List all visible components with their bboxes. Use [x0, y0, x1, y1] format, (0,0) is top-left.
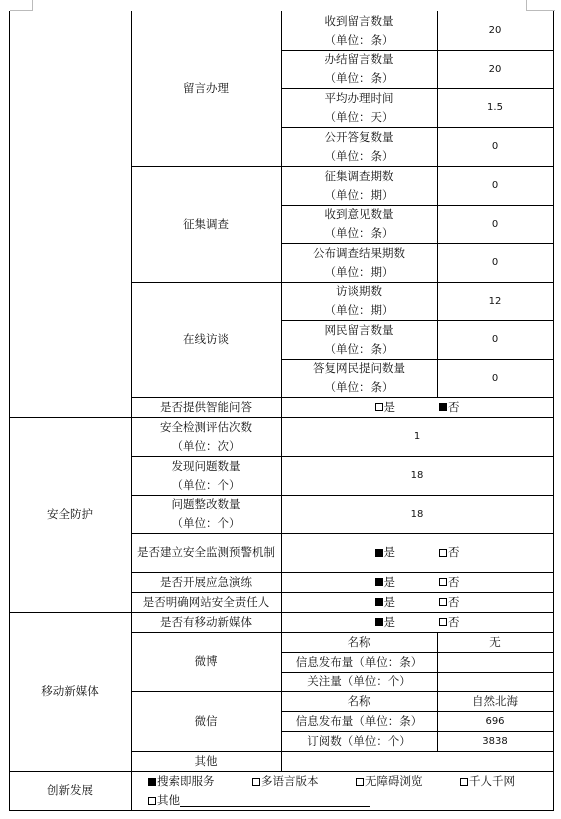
checkbox-unchecked-icon[interactable] — [439, 549, 447, 557]
other-media-value — [281, 751, 553, 771]
metric-label: 收到留言数量 （单位：条） — [281, 11, 437, 50]
weibo-field-value — [437, 672, 553, 691]
metric-label: 答复网民提问数量 （单位：条） — [281, 359, 437, 397]
innovation-option-personalized[interactable]: 千人千网 — [460, 772, 540, 791]
metric-unit: （单位：个） — [172, 476, 241, 495]
has-mobile-media-label: 是否有移动新媒体 — [131, 612, 281, 632]
has-mobile-media-options: 是 否 — [281, 612, 553, 632]
metric-name: 平均办理时间 — [325, 89, 394, 108]
metric-value: 0 — [437, 359, 553, 397]
section-label-innovation: 创新发展 — [9, 771, 131, 810]
monitoring-yes-option[interactable]: 是 — [375, 543, 396, 562]
checkbox-unchecked-icon[interactable] — [375, 403, 383, 411]
metric-unit: （单位：条） — [325, 31, 394, 50]
wechat-field-value: 696 — [437, 711, 553, 731]
checkbox-checked-icon[interactable] — [375, 618, 383, 626]
section-label-mobile-media: 移动新媒体 — [9, 612, 131, 771]
metric-value: 1.5 — [437, 88, 553, 127]
metric-unit: （单位：条） — [325, 224, 394, 243]
checkbox-unchecked-icon[interactable] — [460, 778, 468, 786]
innovation-option-multilingual[interactable]: 多语言版本 — [252, 772, 356, 791]
smart-qa-yes-option[interactable]: 是 — [375, 398, 396, 417]
metric-value: 0 — [437, 320, 553, 359]
other-media-label: 其他 — [131, 751, 281, 771]
metric-value: 0 — [437, 243, 553, 282]
innovation-option-accessibility[interactable]: 无障碍浏览 — [356, 772, 460, 791]
metric-name: 访谈期数 — [336, 282, 382, 301]
checkbox-checked-icon[interactable] — [375, 578, 383, 586]
checkbox-unchecked-icon[interactable] — [439, 598, 447, 606]
metric-value: 20 — [437, 50, 553, 88]
metric-name: 收到留言数量 — [325, 12, 394, 31]
weibo-label: 微博 — [131, 632, 281, 691]
metric-label: 公开答复数量 （单位：条） — [281, 127, 437, 166]
metric-value: 1 — [281, 417, 553, 456]
emergency-drill-label: 是否开展应急演练 — [131, 572, 281, 592]
weibo-field-label: 关注量（单位：个） — [281, 672, 437, 691]
metric-value: 0 — [437, 166, 553, 205]
metric-name: 发现问题数量 — [172, 457, 241, 476]
metric-label: 办结留言数量 （单位：条） — [281, 50, 437, 88]
weibo-field-label: 信息发布量（单位：条） — [281, 652, 437, 672]
monitoring-mechanism-options: 是 否 — [281, 533, 553, 572]
checkbox-checked-icon[interactable] — [375, 549, 383, 557]
metric-label: 访谈期数 （单位：期） — [281, 282, 437, 320]
weibo-field-label: 名称 — [281, 632, 437, 652]
metric-label: 收到意见数量 （单位：条） — [281, 205, 437, 243]
smart-qa-options: 是 否 — [281, 397, 553, 417]
metric-unit: （单位：次） — [172, 437, 241, 456]
metric-label: 平均办理时间 （单位：天） — [281, 88, 437, 127]
checkbox-unchecked-icon[interactable] — [439, 618, 447, 626]
checkbox-checked-icon[interactable] — [148, 778, 156, 786]
security-officer-yes-option[interactable]: 是 — [375, 593, 396, 612]
checkbox-unchecked-icon[interactable] — [148, 797, 156, 805]
wechat-field-label: 信息发布量（单位：条） — [281, 711, 437, 731]
smart-qa-no-option[interactable]: 否 — [439, 398, 460, 417]
metric-label: 安全检测评估次数 （单位：次） — [131, 417, 281, 456]
metric-unit: （单位：期） — [325, 301, 394, 320]
wechat-field-label: 名称 — [281, 691, 437, 711]
innovation-option-search-service[interactable]: 搜索即服务 — [148, 772, 252, 791]
innovation-options: 搜索即服务 多语言版本 无障碍浏览 千人千网 其他 — [148, 772, 548, 810]
metric-unit: （单位：条） — [325, 378, 394, 397]
metric-unit: （单位：期） — [325, 186, 394, 205]
metric-name: 征集调查期数 — [325, 167, 394, 186]
checkbox-checked-icon[interactable] — [375, 598, 383, 606]
metric-label: 征集调查期数 （单位：期） — [281, 166, 437, 205]
metric-name: 答复网民提问数量 — [313, 359, 405, 378]
wechat-label: 微信 — [131, 691, 281, 751]
monitoring-no-option[interactable]: 否 — [439, 543, 460, 562]
checkbox-unchecked-icon[interactable] — [252, 778, 260, 786]
metric-label: 问题整改数量 （单位：个） — [131, 495, 281, 533]
metric-label: 网民留言数量 （单位：条） — [281, 320, 437, 359]
metric-name: 收到意见数量 — [325, 205, 394, 224]
monitoring-mechanism-label: 是否建立安全监测预警机制 — [135, 533, 277, 572]
wechat-field-label: 订阅数（单位：个） — [281, 731, 437, 751]
weibo-field-value: 无 — [437, 632, 553, 652]
metric-name: 安全检测评估次数 — [160, 418, 252, 437]
metric-value: 12 — [437, 282, 553, 320]
crop-mark-top-right — [526, 0, 555, 11]
metric-name: 办结留言数量 — [325, 50, 394, 69]
security-officer-options: 是 否 — [281, 592, 553, 612]
metric-unit: （单位：期） — [325, 263, 394, 282]
metric-value: 20 — [437, 11, 553, 50]
wechat-field-value: 自然北海 — [437, 691, 553, 711]
group-label-message-handling: 留言办理 — [131, 11, 281, 166]
metric-unit: （单位：天） — [325, 108, 394, 127]
group-label-survey: 征集调查 — [131, 166, 281, 282]
security-officer-label: 是否明确网站安全责任人 — [131, 592, 281, 612]
emergency-drill-options: 是 否 — [281, 572, 553, 592]
checkbox-unchecked-icon[interactable] — [439, 578, 447, 586]
metric-value: 0 — [437, 127, 553, 166]
section-label-security: 安全防护 — [9, 417, 131, 612]
crop-mark-top-left — [10, 0, 33, 11]
wechat-field-value: 3838 — [437, 731, 553, 751]
group-label-online-interview: 在线访谈 — [131, 282, 281, 397]
emergency-drill-yes-option[interactable]: 是 — [375, 573, 396, 592]
metric-label: 发现问题数量 （单位：个） — [131, 456, 281, 495]
metric-value: 18 — [281, 495, 553, 533]
metric-label: 公布调查结果期数 （单位：期） — [281, 243, 437, 282]
metric-value: 18 — [281, 456, 553, 495]
weibo-field-value — [437, 652, 553, 672]
metric-unit: （单位：条） — [325, 147, 394, 166]
metric-value: 0 — [437, 205, 553, 243]
metric-name: 问题整改数量 — [172, 495, 241, 514]
metric-unit: （单位：个） — [172, 514, 241, 533]
other-fill-in-line[interactable] — [180, 794, 370, 807]
emergency-drill-no-option[interactable]: 否 — [439, 573, 460, 592]
has-mobile-media-no-option[interactable]: 否 — [439, 613, 460, 632]
checkbox-unchecked-icon[interactable] — [356, 778, 364, 786]
metric-unit: （单位：条） — [325, 340, 394, 359]
smart-qa-label: 是否提供智能问答 — [131, 397, 281, 417]
metric-name: 公布调查结果期数 — [313, 244, 405, 263]
checkbox-checked-icon[interactable] — [439, 403, 447, 411]
metric-name: 公开答复数量 — [325, 128, 394, 147]
metric-unit: （单位：条） — [325, 69, 394, 88]
innovation-option-other[interactable]: 其他 — [148, 791, 370, 810]
metric-name: 网民留言数量 — [325, 321, 394, 340]
security-officer-no-option[interactable]: 否 — [439, 593, 460, 612]
has-mobile-media-yes-option[interactable]: 是 — [375, 613, 396, 632]
